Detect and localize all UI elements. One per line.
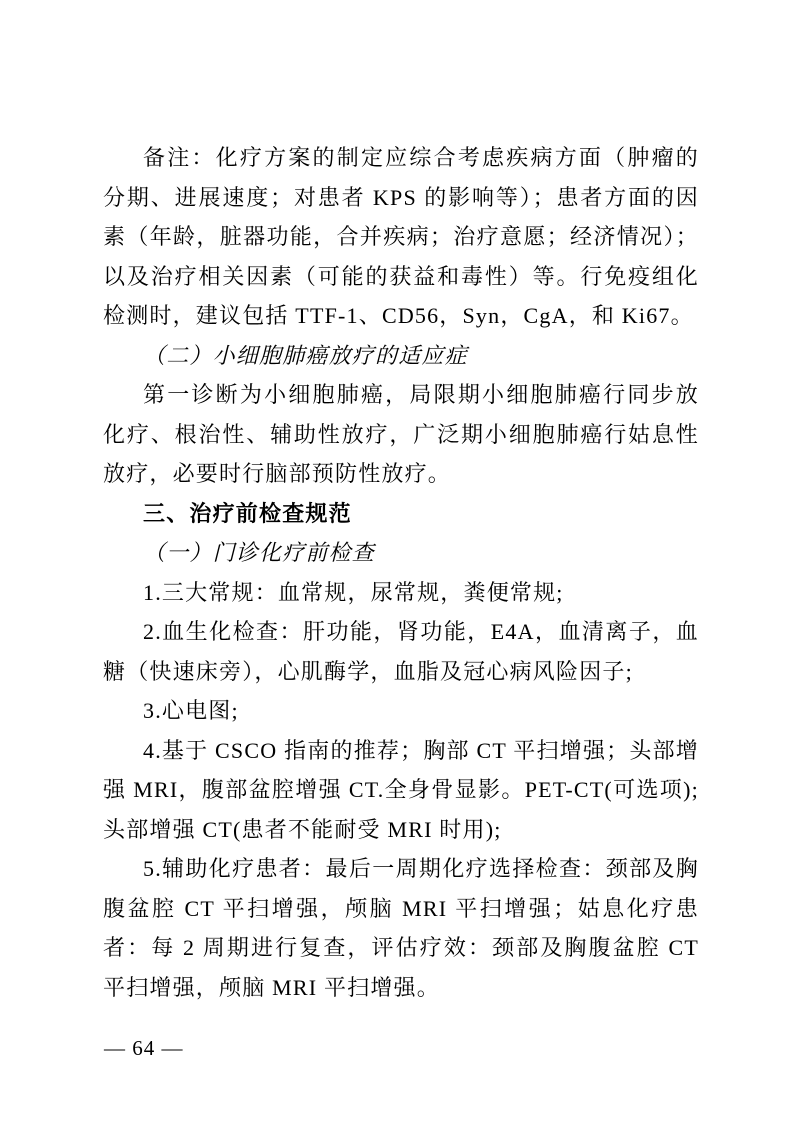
list-item-3-ecg: 3.心电图;: [103, 691, 699, 731]
list-item-5-adjuvant-chemo-patients: 5.辅助化疗患者：最后一周期化疗选择检查：颈部及胸腹盆腔 CT 平扫增强，颅脑 …: [103, 849, 699, 1007]
subsection-heading-outpatient-chemo-checks: （一）门诊化疗前检查: [103, 533, 699, 573]
page-content: 备注：化疗方案的制定应综合考虑疾病方面（肿瘤的分期、进展速度；对患者 KPS 的…: [103, 138, 699, 1007]
document-page: 备注：化疗方案的制定应综合考虑疾病方面（肿瘤的分期、进展速度；对患者 KPS 的…: [0, 0, 793, 1122]
note-paragraph-chemo-plan: 备注：化疗方案的制定应综合考虑疾病方面（肿瘤的分期、进展速度；对患者 KPS 的…: [103, 138, 699, 336]
list-item-1-routine-tests: 1.三大常规：血常规，尿常规，粪便常规;: [103, 573, 699, 613]
section-heading-pretreatment-checks: 三、治疗前检查规范: [103, 494, 699, 534]
list-item-4-csco-imaging: 4.基于 CSCO 指南的推荐；胸部 CT 平扫增强；头部增强 MRI，腹部盆腔…: [103, 731, 699, 850]
subsection-heading-radiotherapy-indications: （二）小细胞肺癌放疗的适应症: [103, 336, 699, 376]
paragraph-radiotherapy-indications: 第一诊断为小细胞肺癌，局限期小细胞肺癌行同步放化疗、根治性、辅助性放疗，广泛期小…: [103, 375, 699, 494]
page-number: — 64 —: [104, 1036, 184, 1061]
list-item-2-blood-biochemistry: 2.血生化检查：肝功能，肾功能，E4A，血清离子，血糖（快速床旁），心肌酶学，血…: [103, 612, 699, 691]
